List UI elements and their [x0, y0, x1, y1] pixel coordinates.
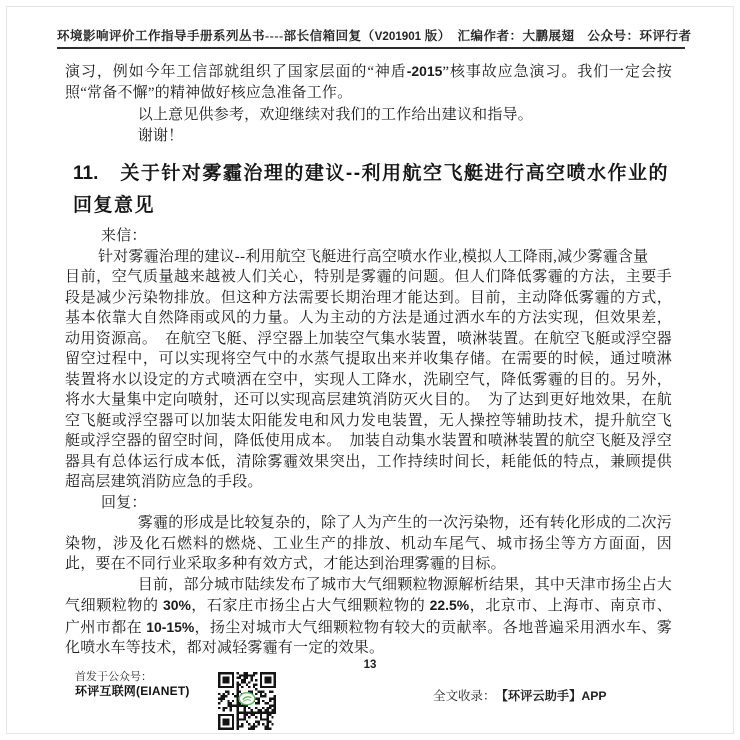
document-body: 演习，例如今年工信部就组织了国家层面的“神盾-2015”核事故应急演习。我们一定…	[65, 61, 672, 659]
letter-label: 来信：	[65, 226, 672, 247]
section-number: 11.	[73, 163, 98, 184]
reply-paragraph-1: 雾霾的形成是比较复杂的，除了人为产生的一次污染物，还有转化形成的二次污染物，涉及…	[65, 513, 672, 575]
qr-code	[211, 672, 283, 730]
advice-welcome-line: 以上意见供参考，欢迎继续对我们的工作给出建议和指导。	[65, 105, 672, 126]
document-page: 环境影响评价工作指导手册系列丛书----部长信箱回复（V201901 版） 汇编…	[0, 0, 740, 740]
footer-publisher-caption: 首发于公众号：	[75, 671, 190, 685]
reply-paragraph-2: 目前，部分城市陆续发布了城市大气细颗粒物源解析结果，其中天津市扬尘占大气细颗粒物…	[65, 575, 672, 659]
section-heading: 11.关于针对雾霾治理的建议--利用航空飞艇进行高空喷水作业的回复意见	[73, 158, 672, 222]
footer-publisher: 首发于公众号： 环评互联网(EIANET)	[75, 671, 190, 698]
thanks-line: 谢谢！	[65, 126, 672, 147]
footer-app-note: 全文收录： 【环评云助手】APP	[433, 686, 607, 704]
letter-subject-line: 针对雾霾治理的建议--利用航空飞艇进行高空喷水作业,模拟人工降雨,减少雾霾含量	[65, 247, 672, 268]
reply-label: 回复：	[65, 493, 672, 514]
previous-reply-closing-paragraph: 演习，例如今年工信部就组织了国家层面的“神盾-2015”核事故应急演习。我们一定…	[65, 61, 672, 103]
running-header: 环境影响评价工作指导手册系列丛书----部长信箱回复（V201901 版） 汇编…	[57, 26, 685, 49]
letter-body-paragraph: 目前，空气质量越来越被人们关心，特别是雾霾的问题。但人们降低雾霾的方法，主要手段…	[65, 267, 672, 493]
page-number: 13	[0, 659, 740, 671]
footer-publisher-name: 环评互联网(EIANET)	[75, 685, 190, 699]
section-title: 关于针对雾霾治理的建议--利用航空飞艇进行高空喷水作业的回复意见	[73, 163, 669, 216]
